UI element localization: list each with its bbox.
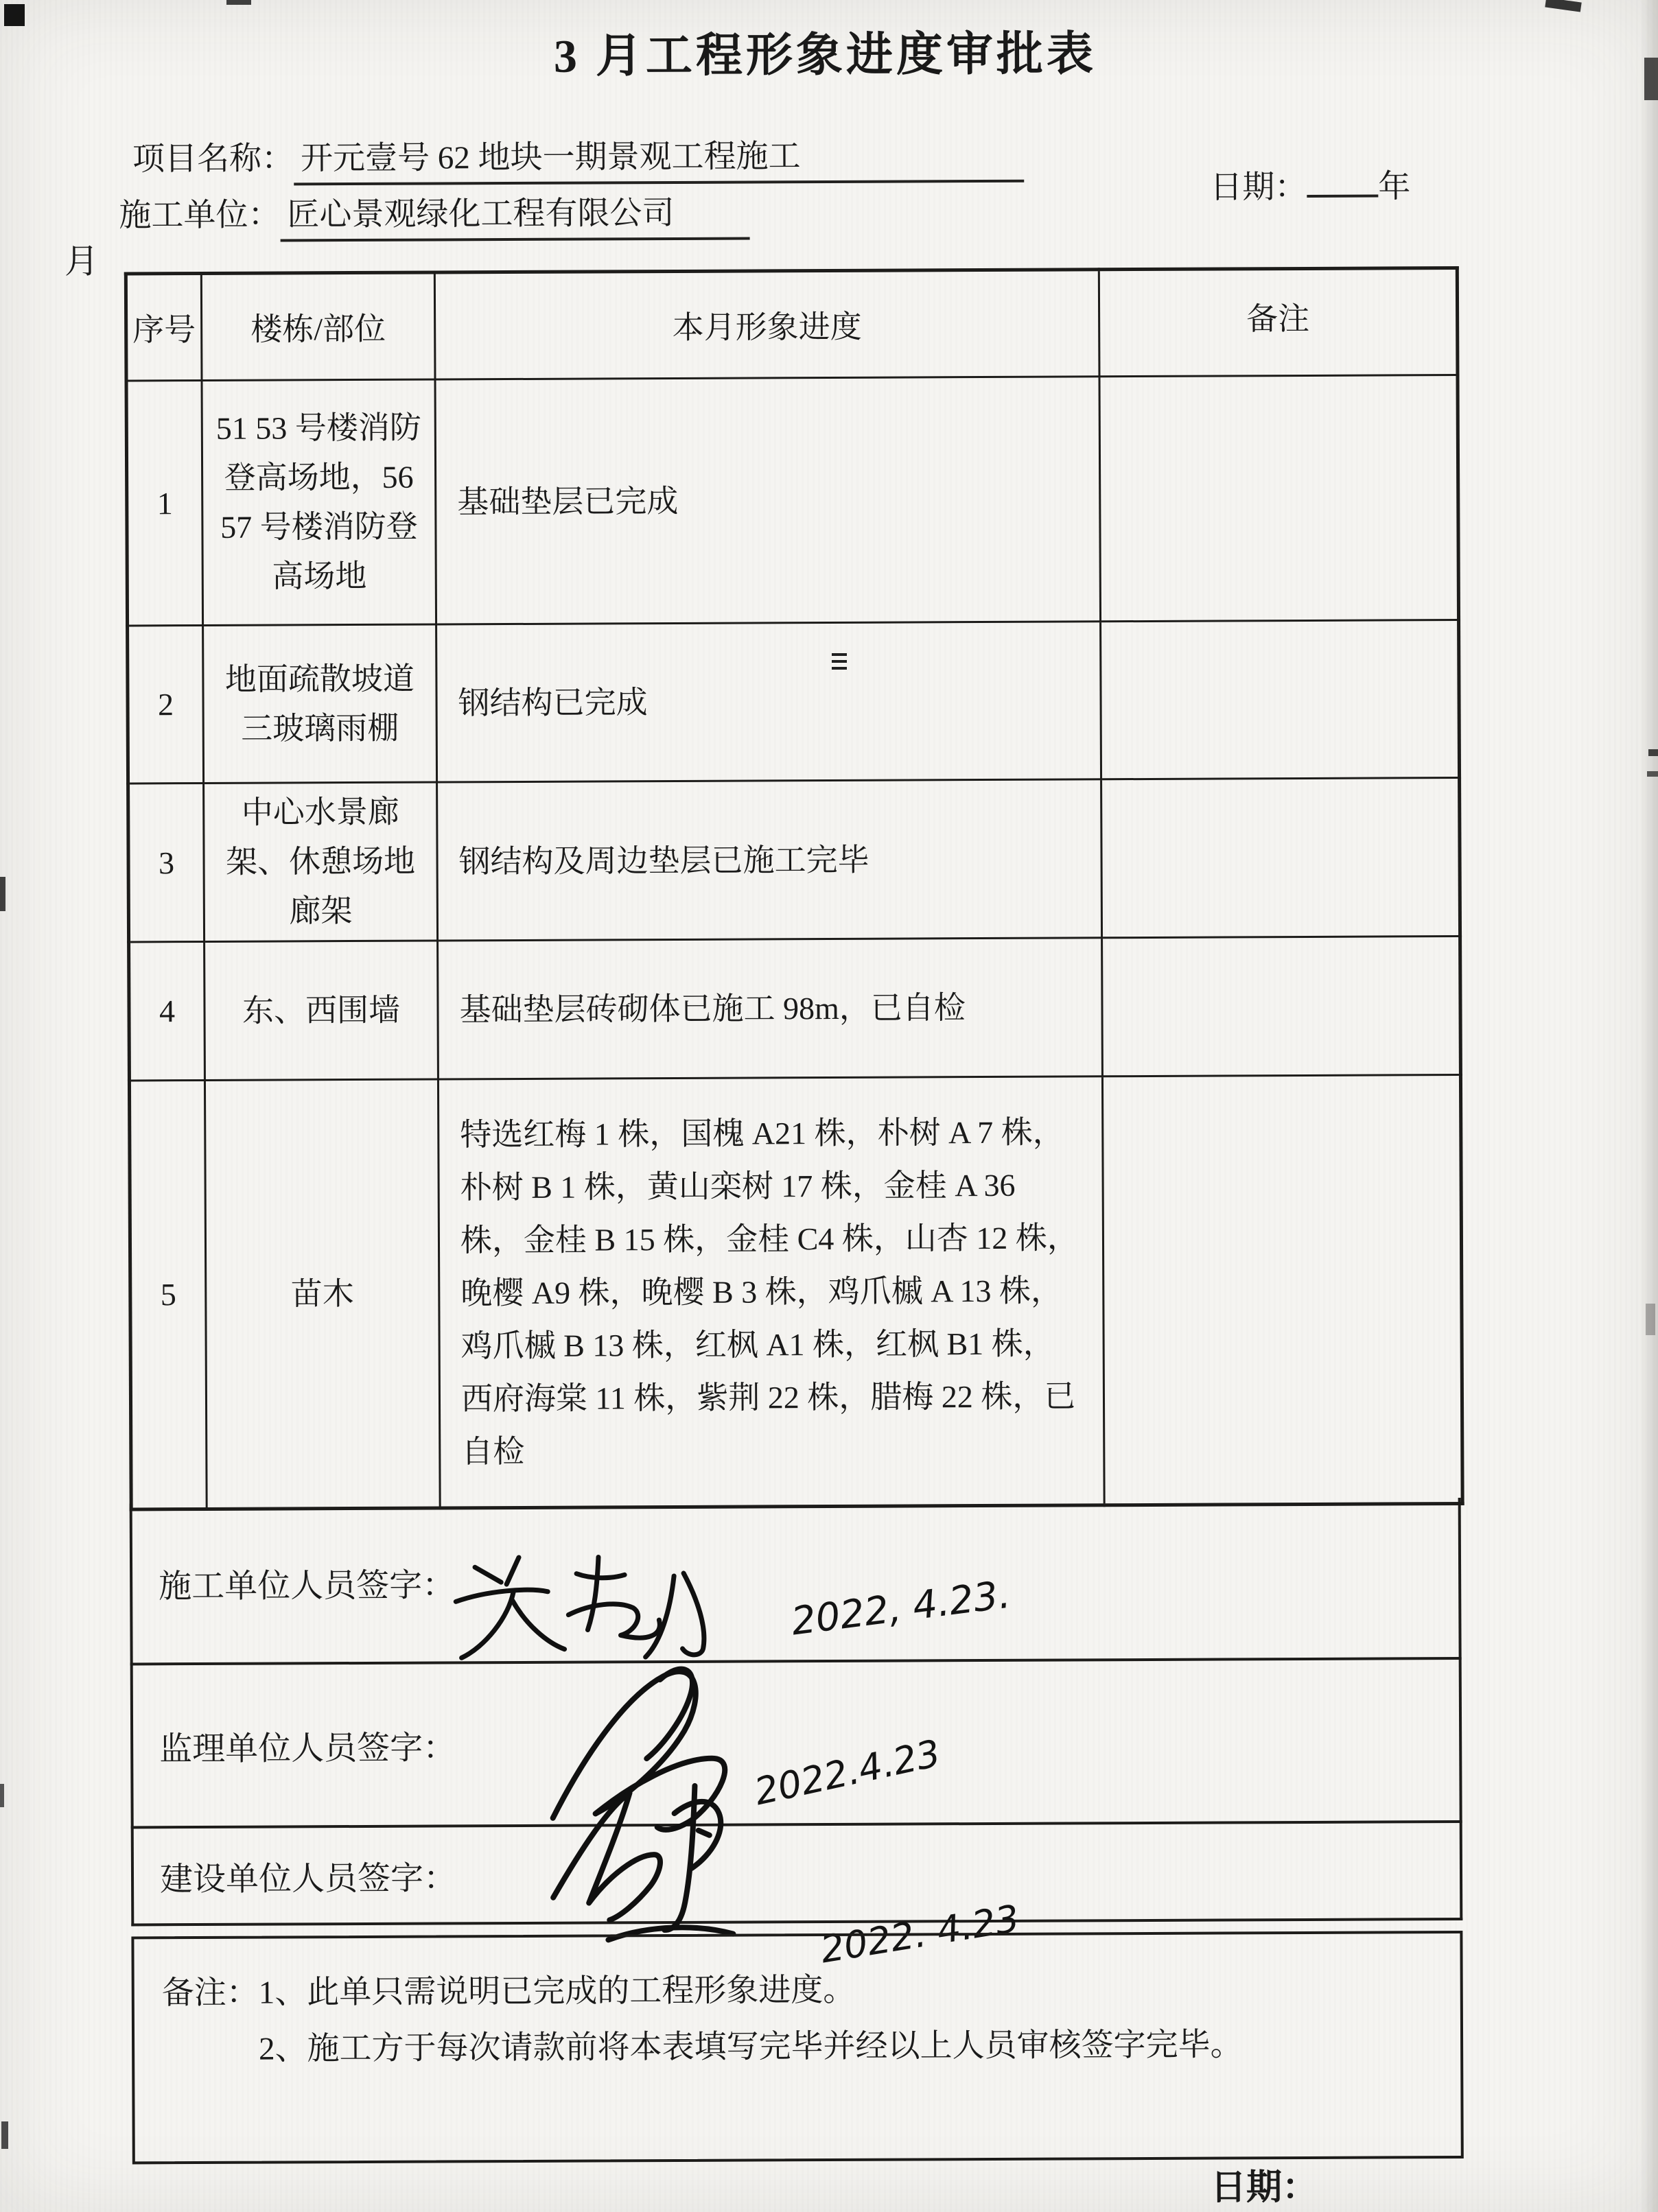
scan-artifact — [0, 877, 5, 911]
progress-table: 序号 楼栋/部位 本月形象进度 备注 1 51 53 号楼消防登高场地，56 5… — [124, 266, 1464, 1511]
row-progress: 基础垫层已完成 — [435, 377, 1101, 624]
row-progress: 钢结构及周边垫层已施工完毕 — [437, 779, 1102, 941]
scan-artifact — [226, 0, 251, 5]
row-seq: 2 — [128, 625, 204, 783]
row-remark — [1101, 777, 1460, 937]
scan-artifact — [832, 653, 847, 674]
table-row: 4 东、西围墙 基础垫层砖砌体已施工 98m，已自检 — [129, 936, 1461, 1080]
footer-date-label: 日期： — [1211, 2158, 1318, 2210]
owner-signature-label: 建设单位人员签字： — [134, 1851, 456, 1900]
paper-sheet: 3 月工程形象进度审批表 项目名称：开元壹号 62 地块一期景观工程施工 日期：… — [0, 0, 1658, 2212]
row-location: 苗木 — [205, 1079, 440, 1509]
header-progress: 本月形象进度 — [434, 270, 1099, 379]
row-seq: 3 — [128, 783, 205, 941]
row-progress: 基础垫层砖砌体已施工 98m，已自检 — [438, 938, 1103, 1079]
owner-signature-row: 建设单位人员签字： — [131, 1823, 1463, 1926]
row-seq: 5 — [129, 1080, 207, 1509]
notes-item-1: 1、此单只需说明已完成的工程形象进度。 — [259, 1960, 1243, 2021]
row-location: 地面疏散坡道三玻璃雨棚 — [203, 624, 437, 783]
table-row: 3 中心水景廊架、休憩场地廊架 钢结构及周边垫层已施工完毕 — [128, 777, 1460, 941]
supervisor-signature-label: 监理单位人员签字： — [133, 1721, 456, 1769]
contractor-value: 匠心景观绿化工程有限公司 — [280, 187, 749, 242]
date-field: 日期：年 — [1210, 161, 1410, 207]
contractor-field: 施工单位：匠心景观绿化工程有限公司 — [119, 187, 749, 242]
table-row: 5 苗木 特选红梅 1 株，国槐 A21 株，朴树 A 7 株，朴树 B 1 株… — [129, 1074, 1462, 1509]
row-remark — [1101, 620, 1460, 779]
scan-artifact — [1646, 1304, 1655, 1335]
scan-artifact — [1647, 771, 1658, 777]
row-seq: 4 — [129, 941, 205, 1080]
project-name-label: 项目名称： — [132, 141, 294, 177]
scan-artifact — [1644, 58, 1658, 100]
notes-item-2: 2、施工方于每次请款前将本表填写完毕并经以上人员审核签字完毕。 — [259, 2016, 1243, 2077]
scan-artifact — [0, 1784, 4, 1807]
scanned-form-page: 3 月工程形象进度审批表 项目名称：开元壹号 62 地块一期景观工程施工 日期：… — [0, 0, 1658, 2212]
contractor-signature-label: 施工单位人员签字： — [132, 1558, 455, 1607]
header-remark: 备注 — [1099, 268, 1458, 376]
date-label: 日期： — [1210, 169, 1307, 206]
date-blank-underline — [1307, 167, 1378, 197]
notes-box: 备注： 1、此单只需说明已完成的工程形象进度。 2、施工方于每次请款前将本表填写… — [131, 1931, 1463, 2164]
row-seq: 1 — [126, 380, 203, 625]
project-name-value: 开元壹号 62 地块一期景观工程施工 — [294, 130, 1024, 186]
header-seq: 序号 — [126, 273, 202, 380]
row-location: 中心水景廊架、休憩场地廊架 — [204, 782, 438, 941]
notes-label: 备注： — [162, 1965, 259, 2022]
row-progress: 特选红梅 1 株，国槐 A21 株，朴树 A 7 株，朴树 B 1 株，黄山栾树… — [438, 1076, 1104, 1508]
table-row: 1 51 53 号楼消防登高场地，56 57 号楼消防登高场地 基础垫层已完成 — [126, 375, 1459, 625]
scan-artifact — [1648, 749, 1658, 756]
table-row: 2 地面疏散坡道三玻璃雨棚 钢结构已完成 — [128, 620, 1460, 783]
row-remark — [1102, 1074, 1462, 1505]
row-remark — [1099, 375, 1459, 621]
scan-artifact — [1, 2121, 8, 2149]
row-location: 东、西围墙 — [205, 941, 439, 1080]
table-header-row: 序号 楼栋/部位 本月形象进度 备注 — [126, 268, 1458, 380]
date-month-wrap: 月 — [65, 234, 99, 283]
header-location: 楼栋/部位 — [201, 272, 435, 380]
project-name-field: 项目名称：开元壹号 62 地块一期景观工程施工 — [132, 130, 1024, 187]
row-location: 51 53 号楼消防登高场地，56 57 号楼消防登高场地 — [202, 379, 436, 625]
row-remark — [1102, 936, 1461, 1076]
contractor-label: 施工单位： — [119, 197, 280, 233]
row-progress: 钢结构已完成 — [436, 622, 1101, 782]
date-year-suffix: 年 — [1378, 169, 1410, 204]
scan-artifact — [4, 4, 25, 26]
page-title: 3 月工程形象进度审批表 — [0, 14, 1655, 89]
